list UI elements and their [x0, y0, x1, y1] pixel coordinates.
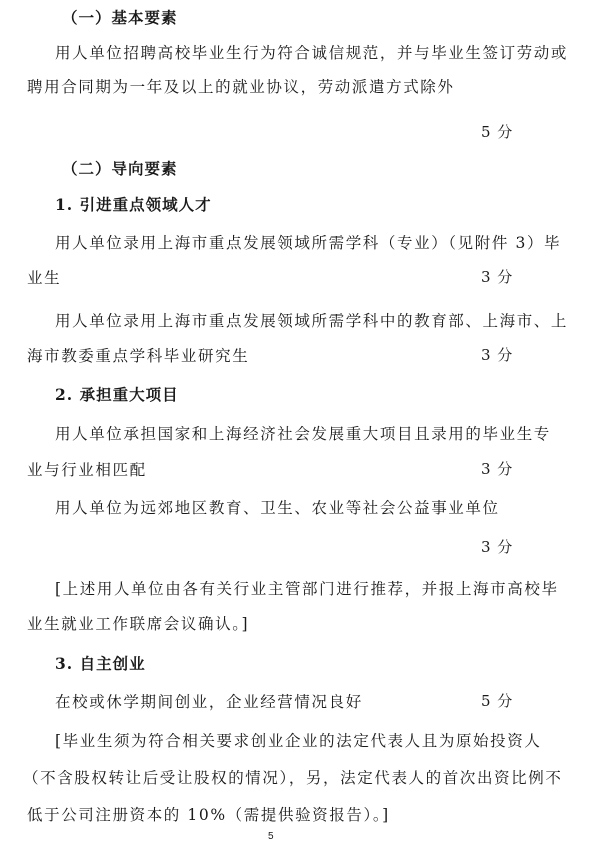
subsection-heading-entrepreneurship: 3. 自主创业	[55, 652, 146, 674]
section-heading-basic: （一）基本要素	[62, 6, 178, 28]
score-label: 3 分	[481, 536, 513, 557]
note-line: 业生就业工作联席会议确认。]	[27, 612, 249, 634]
note-line: [毕业生须为符合相关要求创业企业的法定代表人且为原始投资人	[55, 729, 541, 751]
score-label: 5 分	[481, 121, 513, 142]
score-label: 3 分	[481, 344, 513, 365]
section-heading-guidance: （二）导向要素	[62, 157, 178, 179]
score-label: 3 分	[481, 266, 513, 287]
paragraph-line: 用人单位承担国家和上海经济社会发展重大项目且录用的毕业生专	[55, 422, 551, 444]
score-label: 3 分	[481, 458, 513, 479]
paragraph-line: 在校或休学期间创业，企业经营情况良好	[55, 690, 363, 712]
subsection-heading-talent: 1. 引进重点领域人才	[55, 193, 212, 215]
paragraph-line: 聘用合同期为一年及以上的就业协议，劳动派遣方式除外	[27, 75, 455, 97]
paragraph-line: 用人单位录用上海市重点发展领域所需学科（专业）（见附件 3）毕	[55, 231, 561, 253]
score-label: 5 分	[481, 690, 513, 711]
note-line: [上述用人单位由各有关行业主管部门进行推荐，并报上海市高校毕	[55, 577, 559, 599]
paragraph-line: 业生	[27, 266, 61, 288]
note-line: 低于公司注册资本的 10%（需提供验资报告）。]	[27, 803, 390, 825]
paragraph-line: 海市教委重点学科毕业研究生	[27, 344, 249, 366]
paragraph-line: 用人单位为远郊地区教育、卫生、农业等社会公益事业单位	[55, 496, 500, 518]
paragraph-line: 用人单位招聘高校毕业生行为符合诚信规范，并与毕业生签订劳动或	[55, 41, 568, 63]
page-number: 5	[268, 831, 274, 842]
paragraph-line: 用人单位录用上海市重点发展领域所需学科中的教育部、上海市、上	[55, 309, 568, 331]
note-line: （不含股权转让后受让股权的情况），另，法定代表人的首次出资比例不	[23, 766, 562, 788]
subsection-heading-projects: 2. 承担重大项目	[55, 383, 179, 405]
paragraph-line: 业与行业相匹配	[27, 458, 147, 480]
